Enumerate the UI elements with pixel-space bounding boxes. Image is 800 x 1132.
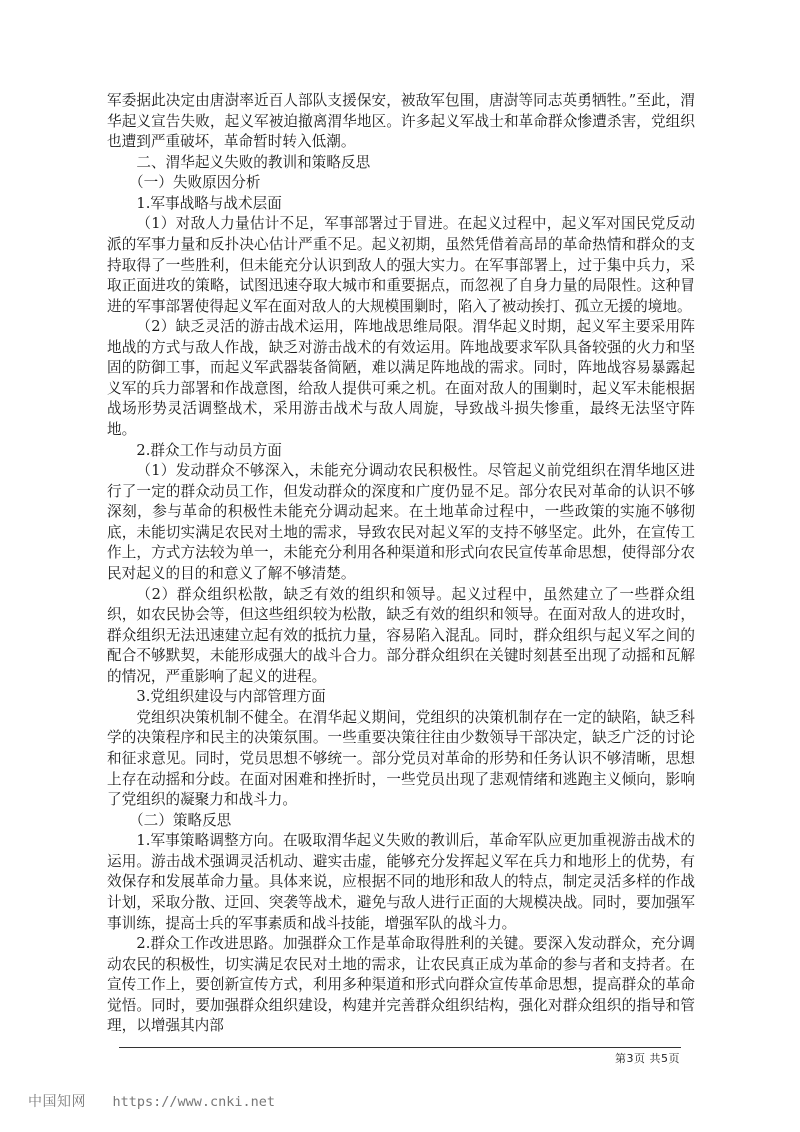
subsection-heading: （二）策略反思 bbox=[107, 811, 695, 832]
footer-divider bbox=[119, 1047, 681, 1048]
paragraph: 党组织决策机制不健全。在渭华起义期间，党组织的决策机制存在一定的缺陷，缺乏科学的… bbox=[107, 708, 695, 811]
paragraph: （1）发动群众不够深入，未能充分调动农民积极性。尽管起义前党组织在渭华地区进行了… bbox=[107, 461, 695, 584]
site-brand: 中国知网 bbox=[28, 1094, 86, 1110]
document-body: 军委据此决定由唐澍率近百人部队支援保安，被敌军包围，唐澍等同志英勇牺牲。”至此，… bbox=[107, 91, 695, 1037]
paragraph: （1）对敌人力量估计不足，军事部署过于冒进。在起义过程中，起义军对国民党反动派的… bbox=[107, 214, 695, 317]
paragraph: （2）缺乏灵活的游击战术运用，阵地战思维局限。渭华起义时期，起义军主要采用阵地战… bbox=[107, 317, 695, 440]
paragraph: 军委据此决定由唐澍率近百人部队支援保安，被敌军包围，唐澍等同志英勇牺牲。”至此，… bbox=[107, 91, 695, 153]
subsection-heading: （一）失败原因分析 bbox=[107, 173, 695, 194]
paragraph: （2）群众组织松散，缺乏有效的组织和领导。起义过程中，虽然建立了一些群众组织，如… bbox=[107, 585, 695, 688]
paragraph: 1.军事策略调整方向。在吸取渭华起义失败的教训后，革命军队应更加重视游击战术的运… bbox=[107, 831, 695, 934]
sub-subsection-heading: 3.党组织建设与内部管理方面 bbox=[107, 687, 695, 708]
paragraph: 2.群众工作改进思路。加强群众工作是革命取得胜利的关键。要深入发动群众，充分调动… bbox=[107, 934, 695, 1037]
section-heading: 二、渭华起义失败的教训和策略反思 bbox=[107, 153, 695, 174]
site-footer: 中国知网 https://www.cnki.net bbox=[28, 1091, 275, 1111]
sub-subsection-heading: 2.群众工作与动员方面 bbox=[107, 441, 695, 462]
page-number: 第3页 共5页 bbox=[615, 1050, 680, 1066]
sub-subsection-heading: 1.军事战略与战术层面 bbox=[107, 194, 695, 215]
site-url-link[interactable]: https://www.cnki.net bbox=[112, 1094, 275, 1110]
